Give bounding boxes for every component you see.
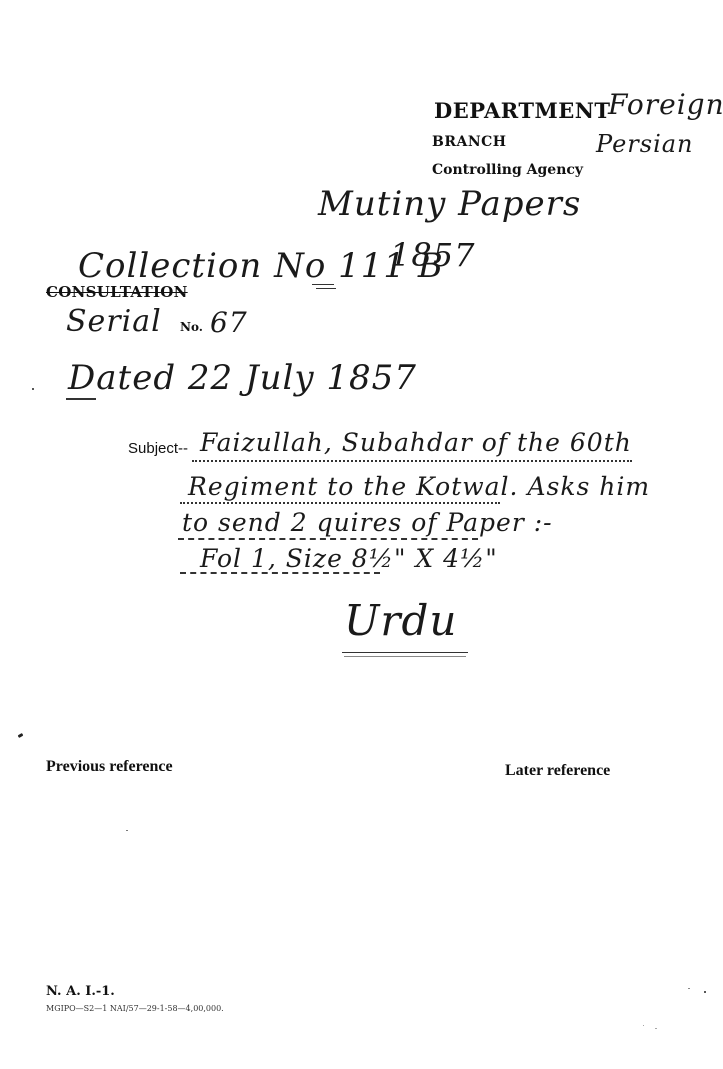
dated-line: Dated 22 July 1857 xyxy=(68,358,417,398)
subject-line-4-text: Fol 1, Size 8½" X 4½" xyxy=(200,544,498,573)
print-code: MGIPO—S2—1 NAI/57—29-1-58—4,00,000. xyxy=(46,1004,224,1013)
language-underline xyxy=(342,652,468,653)
subject-line-1: Faizullah, Subahdar of the 60th xyxy=(192,428,632,462)
collection-title: Mutiny Papers xyxy=(318,184,581,224)
ink-speck xyxy=(704,991,706,993)
ink-speck xyxy=(126,830,128,831)
subject-line-2-text: Regiment to the Kotwal. Asks him xyxy=(188,472,650,501)
subject-line-1-text: Faizullah, Subahdar of the 60th xyxy=(200,428,632,457)
department-value: Foreign xyxy=(608,88,723,121)
ink-mark xyxy=(18,733,24,738)
consultation-label: CONSULTATION xyxy=(46,283,188,301)
subject-line-4: Fol 1, Size 8½" X 4½" xyxy=(180,540,380,574)
serial-number-value: 67 xyxy=(210,306,248,339)
subject-label-text: Subject xyxy=(128,440,178,457)
branch-label: BRANCH xyxy=(432,134,507,150)
collection-number-underline-2 xyxy=(316,288,336,289)
form-code: N. A. I.-1. xyxy=(46,984,115,999)
subject-dash: -- xyxy=(178,440,188,457)
ink-speck xyxy=(643,1025,644,1026)
department-label: DEPARTMENT xyxy=(434,98,611,123)
controlling-agency-label: Controlling Agency xyxy=(432,162,583,178)
dated-underline xyxy=(66,398,96,400)
number-label: No. xyxy=(180,320,203,334)
language-underline-2 xyxy=(344,656,466,657)
ink-speck xyxy=(32,388,34,390)
subject-label: Subject-- xyxy=(128,440,188,457)
collection-number: Collection No 111 B xyxy=(78,246,444,286)
collection-number-underline xyxy=(312,284,334,285)
subject-line-3-text: to send 2 quires of Paper :- xyxy=(182,508,553,537)
branch-value: Persian xyxy=(596,130,694,158)
later-reference-label: Later reference xyxy=(505,762,610,780)
serial-handwritten: Serial xyxy=(66,304,162,339)
ink-speck xyxy=(688,988,690,989)
previous-reference-label: Previous reference xyxy=(46,758,173,776)
subject-line-3: to send 2 quires of Paper :- xyxy=(178,506,478,540)
ink-speck xyxy=(655,1028,657,1029)
subject-line-2: Regiment to the Kotwal. Asks him xyxy=(180,470,500,504)
language-note: Urdu xyxy=(344,596,457,645)
consultation-text: CONSULTATION xyxy=(46,283,188,301)
